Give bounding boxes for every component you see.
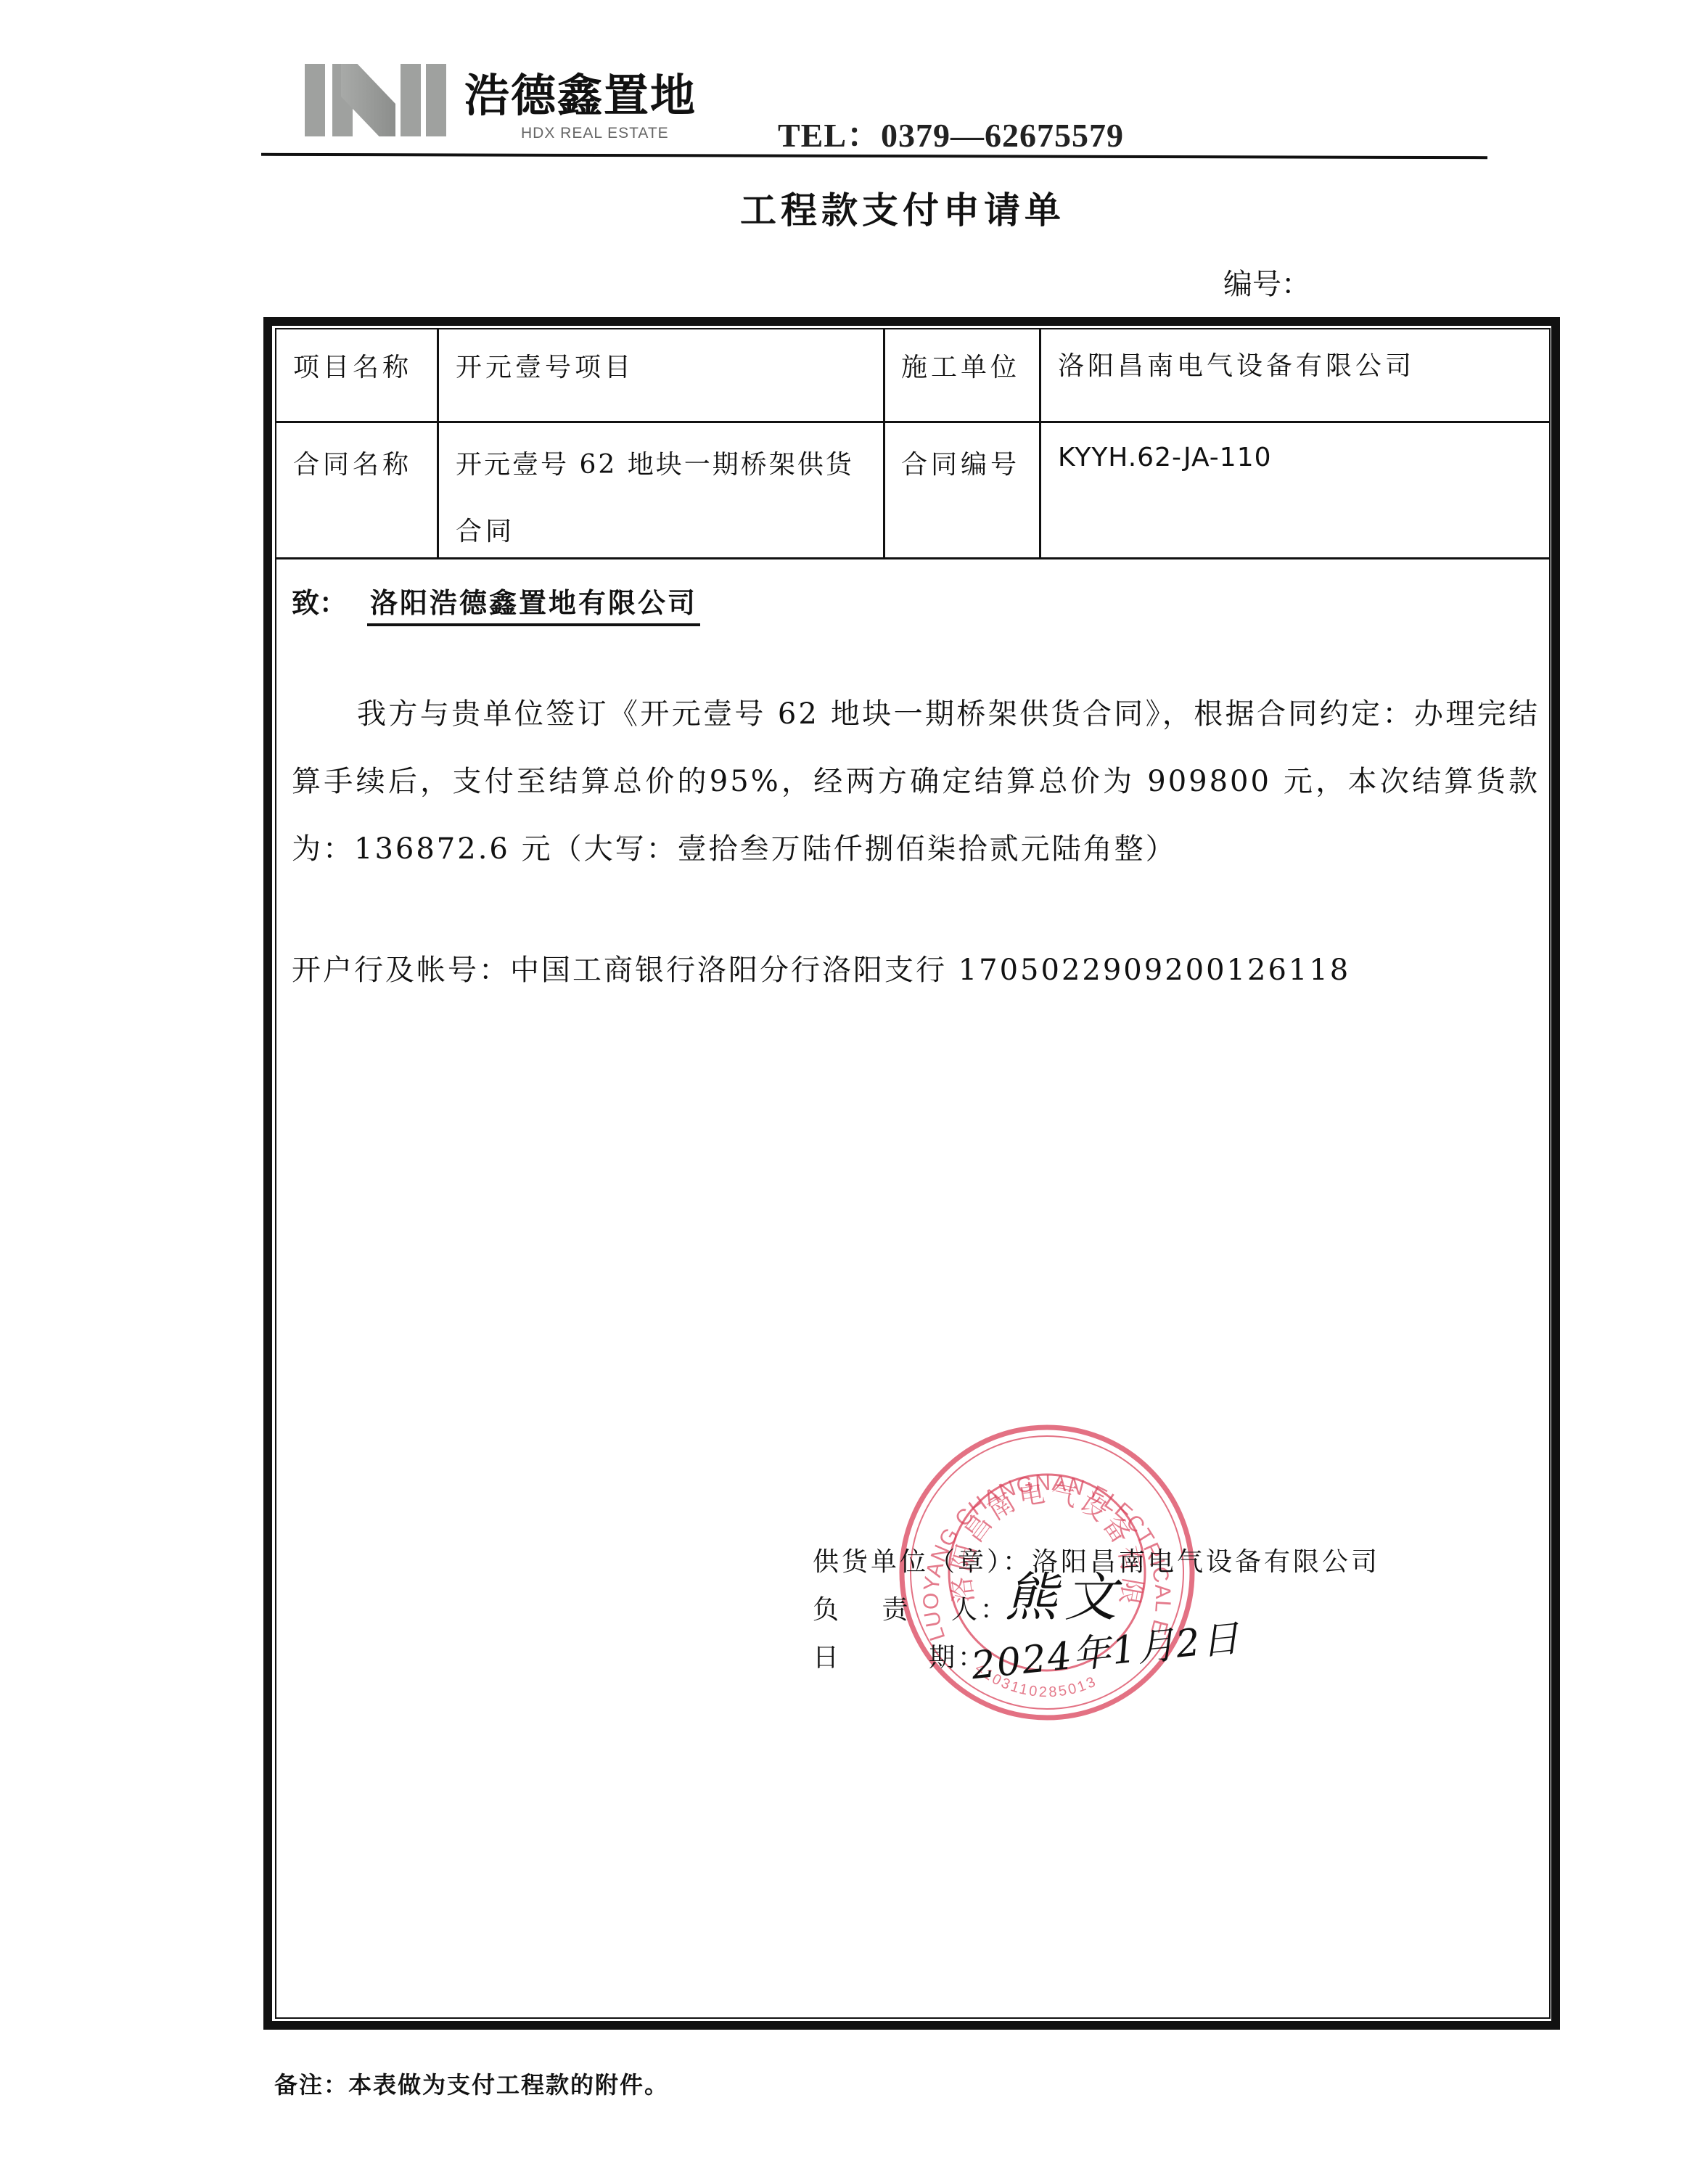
- handwritten-signature: 熊文: [1005, 1573, 1124, 1621]
- label-project-name: 项目名称: [293, 347, 412, 384]
- date-row: 日 期： 2024年1月2日: [813, 1634, 1380, 1682]
- footnote: 备注：本表做为支付工程款的附件。: [274, 2067, 669, 2100]
- brand-name-en: HDX REAL ESTATE: [521, 125, 669, 142]
- label-contract-number: 合同编号: [901, 444, 1020, 481]
- value-contract-name-line1: 开元壹号 62 地块一期桥架供货: [456, 444, 854, 481]
- recipient-label: 致：: [292, 586, 347, 619]
- label-contractor: 施工单位: [901, 347, 1020, 384]
- company-logo-icon: [305, 64, 446, 136]
- person-label: 负 责 人：: [813, 1595, 1009, 1625]
- signature-block: 供货单位（章）：洛阳昌南电气设备有限公司 负 责 人： 熊文 日 期： 2024…: [813, 1538, 1380, 1682]
- table-col-divider: [437, 329, 439, 558]
- header-divider: [261, 153, 1487, 159]
- bank-label: 开户行及帐号：: [292, 954, 510, 987]
- value-contractor: 洛阳昌南电气设备有限公司: [1058, 345, 1415, 382]
- person-row: 负 责 人： 熊文: [813, 1586, 1380, 1634]
- table-col-divider: [883, 329, 885, 558]
- document-number-label: 编号：: [1223, 261, 1310, 303]
- document-title: 工程款支付申请单: [740, 181, 1065, 234]
- value-contract-number: KYYH.62-JA-110: [1058, 443, 1272, 472]
- recipient-line: 致：洛阳浩德鑫置地有限公司: [292, 581, 700, 620]
- recipient-name: 洛阳浩德鑫置地有限公司: [367, 586, 700, 626]
- label-contract-name: 合同名称: [293, 444, 412, 481]
- bank-account-line: 开户行及帐号：中国工商银行洛阳分行洛阳支行 170502290920012611…: [292, 947, 1350, 988]
- supplier-label: 供货单位（章）：: [813, 1547, 1032, 1577]
- table-col-divider: [1039, 329, 1041, 558]
- value-project-name: 开元壹号项目: [456, 347, 634, 384]
- table-row-divider: [276, 421, 1550, 423]
- bank-value: 中国工商银行洛阳分行洛阳支行 1705022909200126118: [510, 954, 1350, 987]
- request-body: 我方与贵单位签订《开元壹号 62 地块一期桥架供货合同》，根据合同约定：办理完结…: [292, 681, 1540, 883]
- telephone: TEL：0379—62675579: [778, 109, 1124, 157]
- table-row-divider: [276, 557, 1550, 559]
- date-label: 日 期：: [813, 1643, 987, 1673]
- brand-name-cn: 浩德鑫置地: [464, 60, 697, 124]
- value-contract-name-line2: 合同: [456, 511, 515, 548]
